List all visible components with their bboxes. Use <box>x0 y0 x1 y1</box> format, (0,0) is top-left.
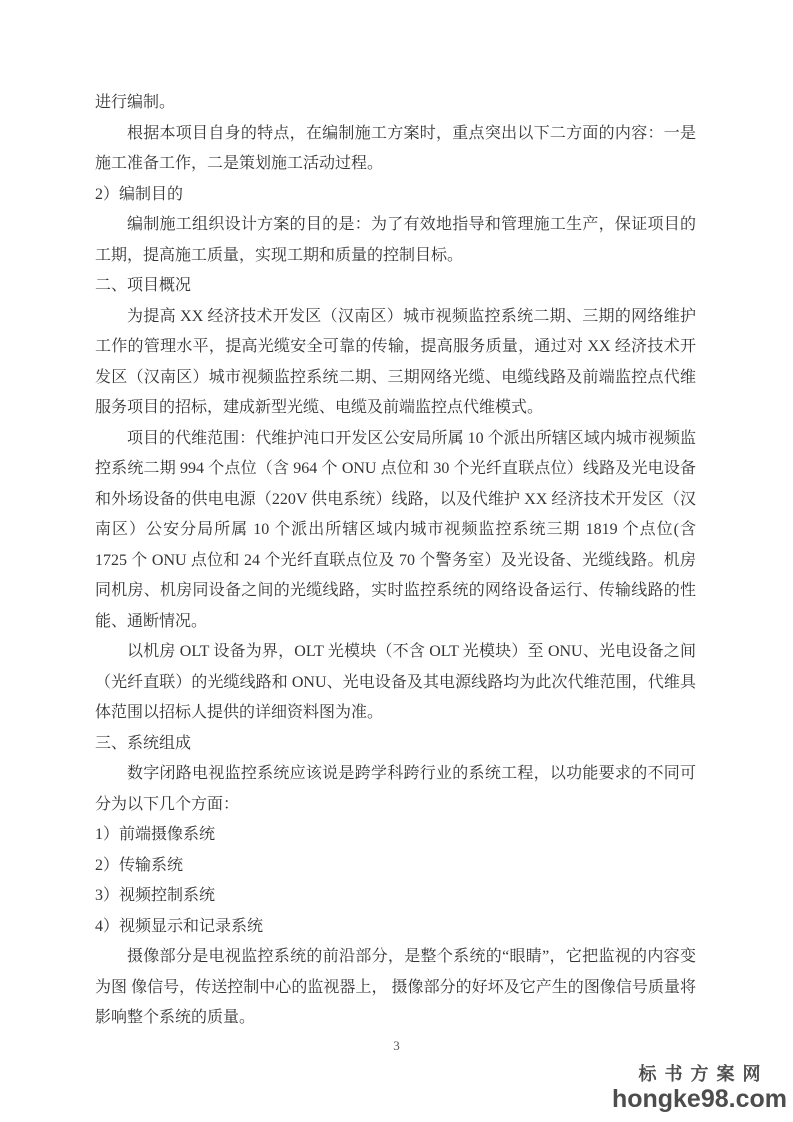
watermark-site-url: hongke98.com <box>612 1085 787 1114</box>
paragraph: 数字闭路电视监控系统应该说是跨学科跨行业的系统工程，以功能要求的不同可分为以下几… <box>95 759 696 820</box>
paragraph: 项目的代维范围：代维护沌口开发区公安局所属 10 个派出所辖区域内城市视频监控系… <box>95 424 696 638</box>
watermark-site-name: 标书方案网 <box>612 1064 787 1085</box>
list-item: 2）传输系统 <box>95 851 696 882</box>
paragraph: 为提高 XX 经济技术开发区（汉南区）城市视频监控系统二期、三期的网络维护工作的… <box>95 302 696 424</box>
list-item: 1）前端摄像系统 <box>95 820 696 851</box>
document-body: 进行编制。 根据本项目自身的特点，在编制施工方案时，重点突出以下二方面的内容：一… <box>95 88 696 1034</box>
paragraph: 以机房 OLT 设备为界，OLT 光模块（不含 OLT 光模块）至 ONU、光电… <box>95 637 696 729</box>
watermark: 标书方案网 hongke98.com <box>612 1064 787 1113</box>
list-item: 3）视频控制系统 <box>95 881 696 912</box>
page-number: 3 <box>0 1038 793 1054</box>
paragraph: 摄像部分是电视监控系统的前沿部分，是整个系统的“眼睛”，它把监视的内容变为图 像… <box>95 942 696 1034</box>
section-heading: 三、系统组成 <box>95 729 696 760</box>
document-page: 进行编制。 根据本项目自身的特点，在编制施工方案时，重点突出以下二方面的内容：一… <box>0 0 793 1122</box>
paragraph: 根据本项目自身的特点，在编制施工方案时，重点突出以下二方面的内容：一是施工准备工… <box>95 119 696 180</box>
list-heading: 2）编制目的 <box>95 180 696 211</box>
paragraph: 编制施工组织设计方案的目的是：为了有效地指导和管理施工生产，保证项目的工期，提高… <box>95 210 696 271</box>
list-item: 4）视频显示和记录系统 <box>95 912 696 943</box>
section-heading: 二、项目概况 <box>95 271 696 302</box>
paragraph-continuation: 进行编制。 <box>95 88 696 119</box>
